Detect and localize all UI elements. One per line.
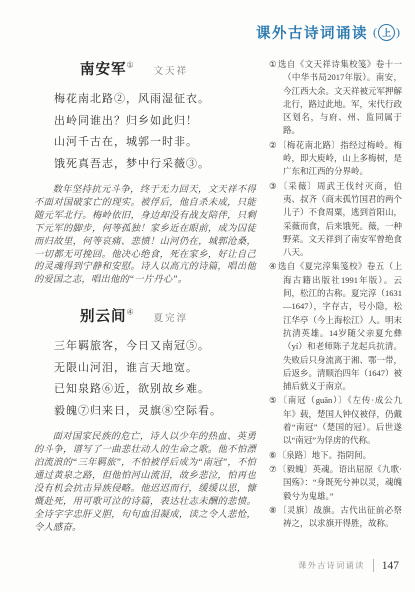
poem-line: 梅花南北路②，风雨湿征衣。 <box>54 89 256 111</box>
annotations-column: ①选自《文天祥诗集校笺》卷十一（中华书局2017年版）。南安，今江西大余。文天祥… <box>269 58 402 535</box>
footer-divider <box>373 559 374 572</box>
poem-bieyunjian: 别云间④ 夏完淳 三年羁旅客，今日又南冠⑤。 无限山河泪，谁言天地宽。 已知泉路… <box>34 305 256 534</box>
annotation-item: ⑤〔南冠（guān）〕《左传·成公九年》载，楚国人钟仪被俘，仍戴着“南冠”（楚国… <box>269 394 402 447</box>
poem-line: 毅魄⑦归来日，灵旗⑧空际看。 <box>54 401 256 423</box>
page-footer: 课外古诗词诵读 147 <box>298 559 399 572</box>
annotation-number: ⑦ <box>269 464 277 474</box>
volume-badge-icon: (上) <box>373 24 400 41</box>
annotation-item: ③〔采薇〕周武王伐纣灭商，伯夷、叔齐（商末孤竹国君的两个儿子）不食周粟，逃到首阳… <box>269 180 402 260</box>
page-header: 课外古诗词诵读 (上) <box>256 22 400 43</box>
poem-line: 出岭同谁出？归乡如此归！ <box>54 111 256 133</box>
poem-title-row: 别云间④ 夏完淳 <box>34 305 256 326</box>
poem-line: 已知泉路⑥近，欲别故乡难。 <box>54 379 256 401</box>
annotation-text: 〔梅花南北路〕指经过梅岭。梅岭，即大庾岭，山上多梅树，是广东和江西的分界岭。 <box>278 140 402 177</box>
note-ref: ④ <box>127 308 134 317</box>
poem-title-row: 南安军① 文天祥 <box>34 58 256 79</box>
annotation-number: ⑤ <box>269 395 277 405</box>
annotation-text: 〔毅魄〕英魂。语出屈原《九歌·国殇》：“身既死兮神以灵，魂魄毅兮为鬼雄。” <box>278 464 402 501</box>
page-body: 南安军① 文天祥 梅花南北路②，风雨湿征衣。 出岭同谁出？归乡如此归！ 山河千古… <box>34 58 402 535</box>
poem-line: 山河千古在，城郭一时非。 <box>54 132 256 154</box>
annotation-number: ④ <box>269 261 277 271</box>
annotation-item: ④选自《夏完淳集笺校》卷五（上海古籍出版社1991年版）。云间，松江的古称。夏完… <box>269 260 402 393</box>
annotation-number: ⑥ <box>269 450 277 460</box>
header-title: 课外古诗词诵读 <box>256 22 368 43</box>
annotation-number: ⑧ <box>269 505 277 515</box>
poem-lines: 梅花南北路②，风雨湿征衣。 出岭同谁出？归乡如此归！ 山河千古在，城郭一时非。 … <box>54 89 256 175</box>
annotation-text: 〔泉路〕地下。指阴间。 <box>278 450 372 460</box>
poem-author: 夏完淳 <box>154 314 189 324</box>
annotation-number: ② <box>269 140 277 150</box>
poems-column: 南安军① 文天祥 梅花南北路②，风雨湿征衣。 出岭同谁出？归乡如此归！ 山河千古… <box>34 58 256 535</box>
poem-author: 文天祥 <box>154 67 189 77</box>
textbook-page: 课外古诗词诵读 (上) 南安军① 文天祥 梅花南北路②，风雨湿征衣。 出岭同谁出… <box>0 0 415 592</box>
annotation-text: 〔灵旗〕战旗。古代出征前必祭祷之，以求旗开得胜，故称。 <box>278 505 402 528</box>
annotation-number: ③ <box>269 181 278 191</box>
poem-title: 南安军 <box>80 62 127 78</box>
annotation-item: ②〔梅花南北路〕指经过梅岭。梅岭，即大庾岭，山上多梅树，是广东和江西的分界岭。 <box>269 139 402 179</box>
annotation-text: 选自《文天祥诗集校笺》卷十一（中华书局2017年版）。南安，今江西大余。文天祥被… <box>278 59 402 135</box>
note-ref: ① <box>127 61 134 70</box>
footer-section-label: 课外古诗词诵读 <box>298 560 365 571</box>
annotation-item: ⑥〔泉路〕地下。指阴间。 <box>269 449 402 462</box>
annotation-item: ⑧〔灵旗〕战旗。古代出征前必祭祷之，以求旗开得胜，故称。 <box>269 504 402 531</box>
poem-commentary: 数年坚持抗元斗争，终于无力回天，文天祥不得不面对国破家亡的现实。被俘后，他自杀未… <box>34 184 256 287</box>
page-number: 147 <box>382 560 399 572</box>
poem-commentary: 面对国家民族的危亡，诗人以少年的热血、英勇的斗争，谱写了一曲悲壮动人的生命之歌。… <box>34 431 256 534</box>
annotation-text: 〔南冠（guān）〕《左传·成公九年》载，楚国人钟仪被俘，仍戴着“南冠”（楚国的… <box>278 395 402 445</box>
poem-line: 三年羁旅客，今日又南冠⑤。 <box>54 336 256 358</box>
poem-line: 饿死真吾志，梦中行采薇③。 <box>54 154 256 176</box>
poem-nananjun: 南安军① 文天祥 梅花南北路②，风雨湿征衣。 出岭同谁出？归乡如此归！ 山河千古… <box>34 58 256 287</box>
volume-circle-icon: 上 <box>378 24 395 41</box>
poem-lines: 三年羁旅客，今日又南冠⑤。 无限山河泪，谁言天地宽。 已知泉路⑥近，欲别故乡难。… <box>54 336 256 422</box>
poem-line: 无限山河泪，谁言天地宽。 <box>54 358 256 380</box>
annotation-item: ①选自《文天祥诗集校笺》卷十一（中华书局2017年版）。南安，今江西大余。文天祥… <box>269 58 402 138</box>
annotation-number: ① <box>269 59 277 69</box>
poem-title: 别云间 <box>80 309 127 325</box>
annotation-text: 选自《夏完淳集笺校》卷五（上海古籍出版社1991年版）。云间，松江的古称。夏完淳… <box>278 261 402 391</box>
badge-paren-right: ) <box>396 25 400 40</box>
annotation-item: ⑦〔毅魄〕英魂。语出屈原《九歌·国殇》：“身既死兮神以灵，魂魄毅兮为鬼雄。” <box>269 463 402 503</box>
badge-paren-left: ( <box>373 25 377 40</box>
annotation-text: 〔采薇〕周武王伐纣灭商，伯夷、叔齐（商末孤竹国君的两个儿子）不食周粟，逃到首阳山… <box>279 181 402 257</box>
